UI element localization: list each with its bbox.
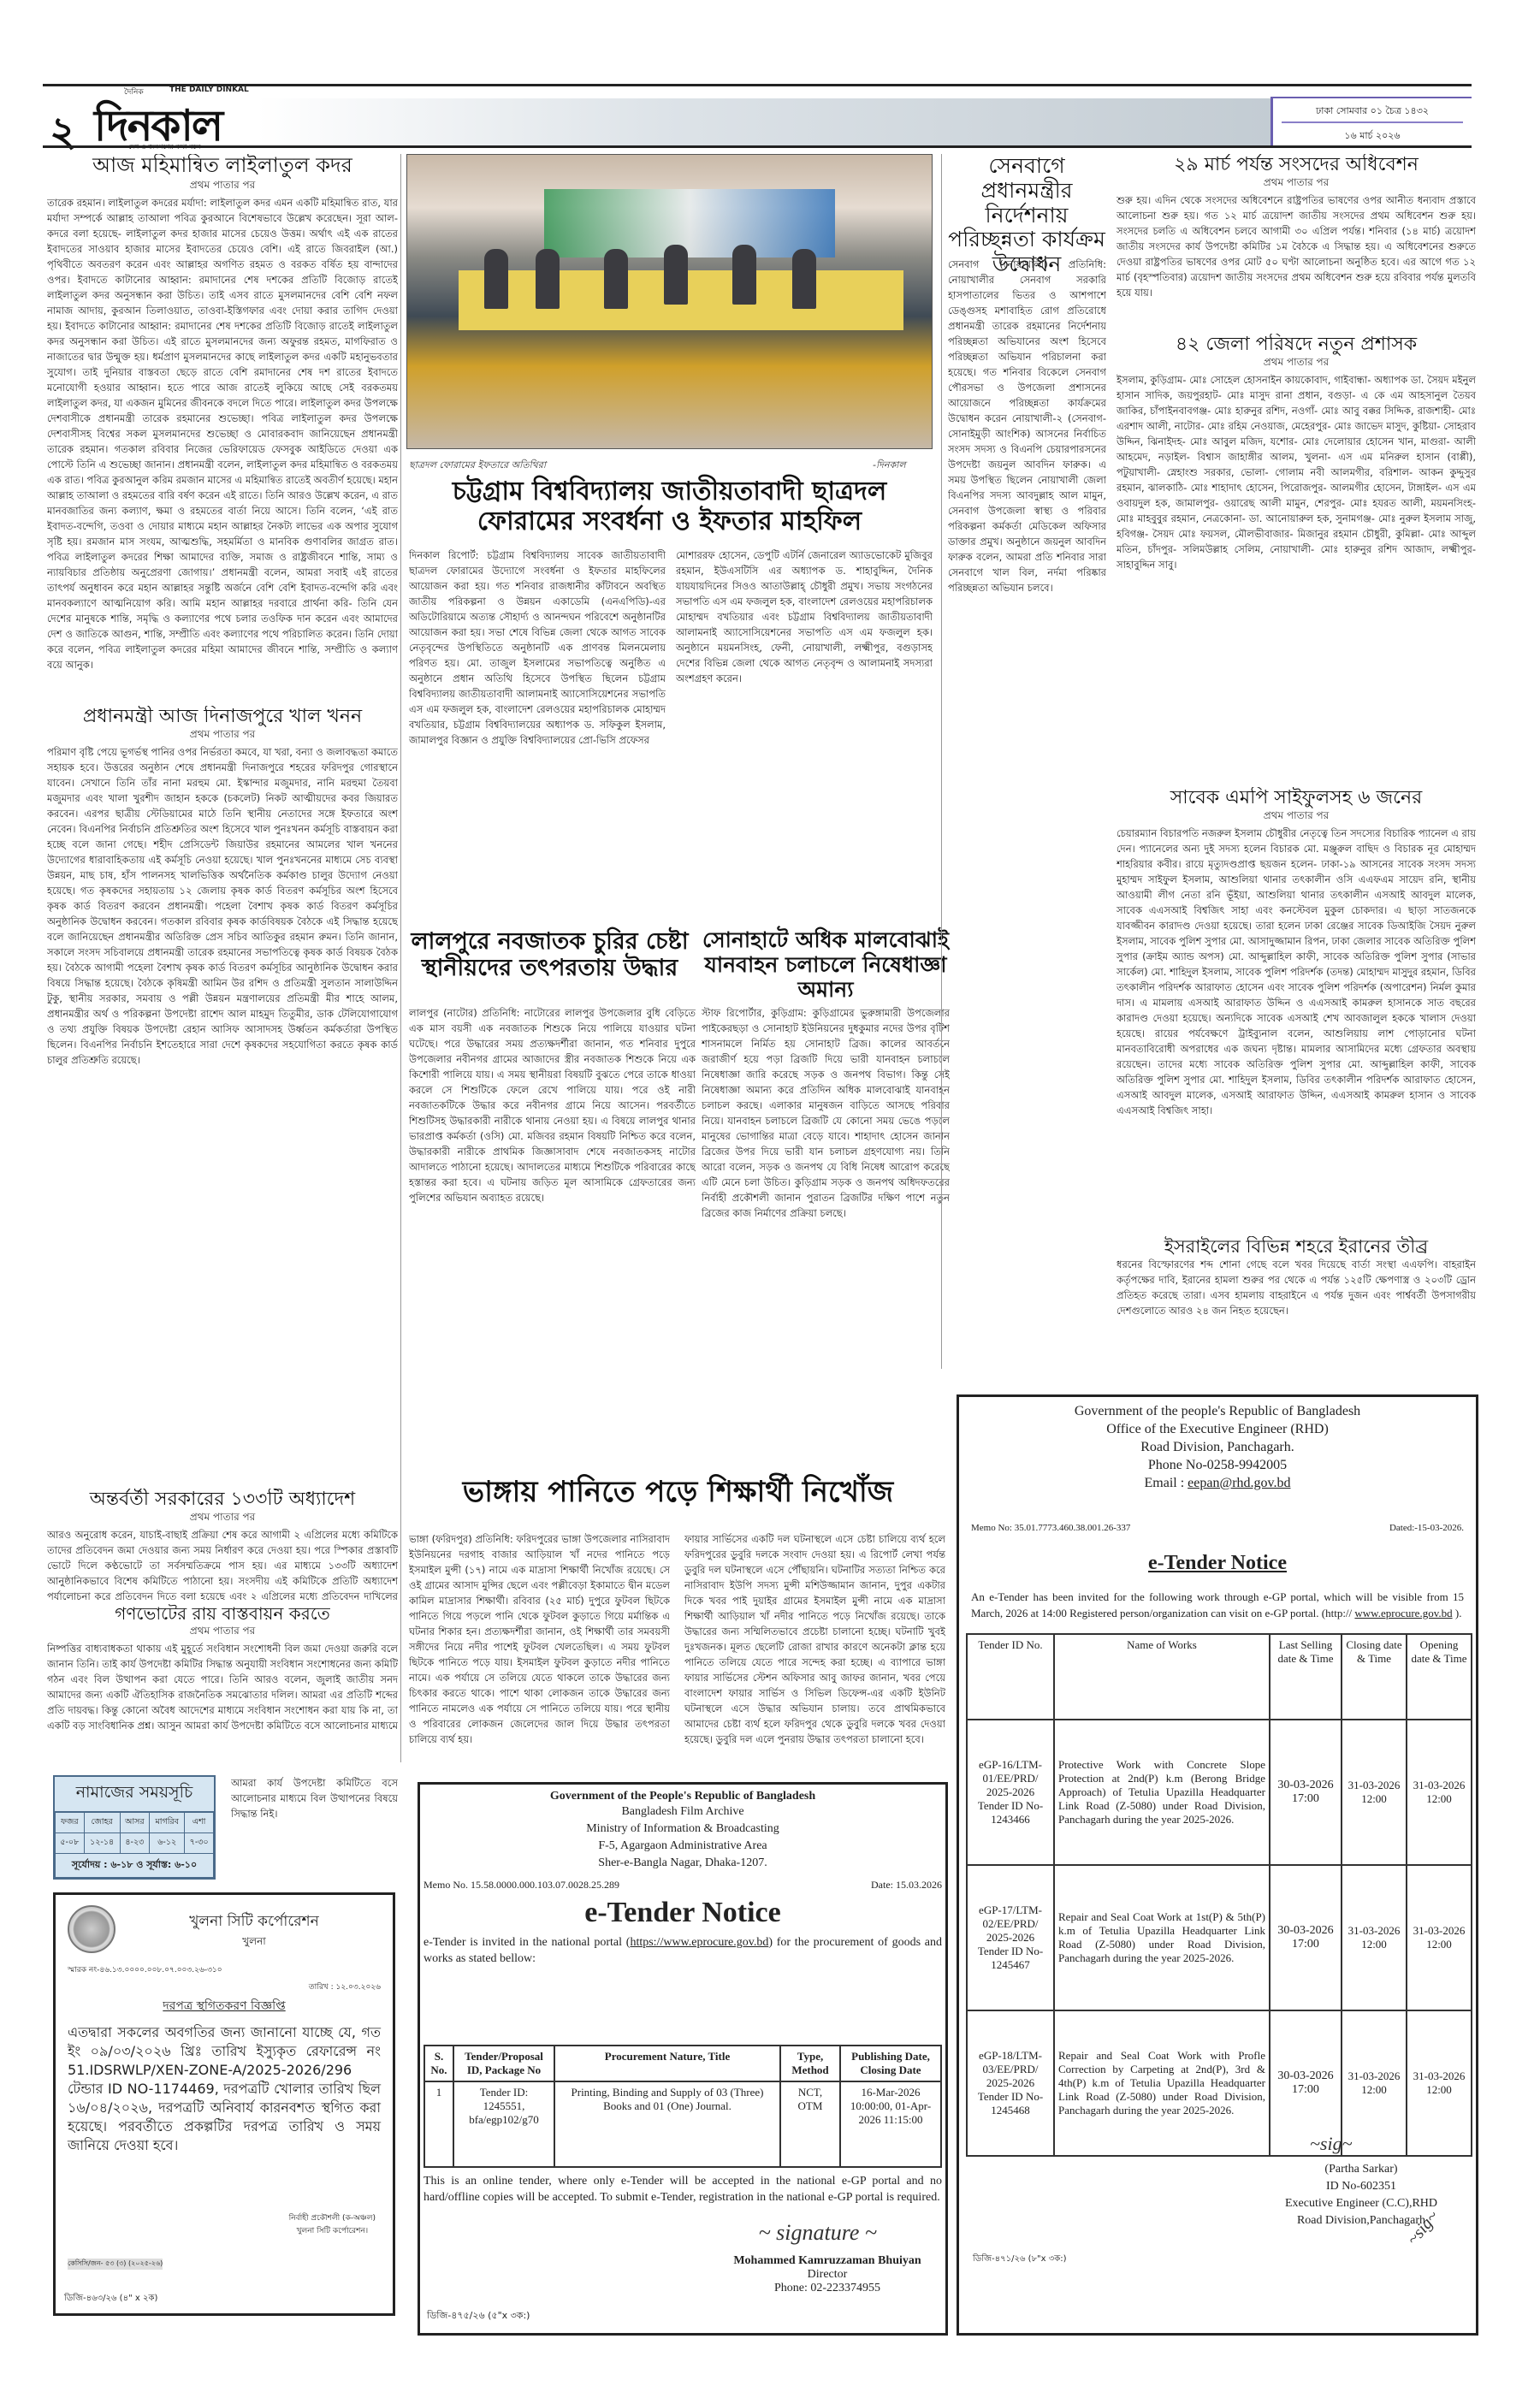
article-body: ধরনের বিস্ফোরণের শব্দ শোনা গেছে বলে খবর … [1116, 1257, 1476, 1355]
ad-dg-code: ডিজি-৪৭১/২৬ (৮"x ৩ক:) [973, 2253, 1067, 2267]
article-lalpur-body: লালপুর (নাটোর) প্রতিনিধি: নাটোরের লালপুর… [409, 1005, 696, 1454]
col-header: Publishing Date, Closing Date [840, 2046, 941, 2081]
eprocure-link[interactable]: https://www.eprocure.gov.bd [630, 1936, 768, 1949]
signer-designation: Director [716, 2268, 939, 2282]
continued-label: প্রথম পাতার পর [47, 178, 398, 195]
article-former-mp: সাবেক এমপি সাইফুলসহ ৬ জনের প্রথম পাতার প… [1116, 787, 1476, 1232]
article-body: চেয়ারম্যান বিচারপতি নজরুল ইসলাম চৌধুরীর… [1116, 826, 1476, 1228]
tender-table: S. No. Tender/Proposal ID, Package No Pr… [423, 2045, 942, 2168]
cell: 1 [424, 2081, 453, 2167]
table-row: 1 Tender ID: 1245551, bfa/egp102/g70 Pri… [424, 2081, 941, 2167]
article-former-mp-cont [948, 1018, 1106, 1360]
masthead-band [257, 98, 1270, 146]
col-header: Last Selling date & Time [1270, 1634, 1342, 1720]
ad-intro: e-Tender is invited in the national port… [420, 1934, 945, 1967]
article-body: নিষ্পত্তির বাধ্যবাধকতা থাকায় এই মুহূর্ত… [47, 1641, 398, 1732]
article-sonahat-body: স্টাফ রিপোর্টার, কুড়িগ্রাম: কুড়িগ্রামে… [702, 1005, 950, 1454]
col-header: Procurement Nature, Title [554, 2046, 780, 2081]
prayer-times-box: নামাজের সময়সূচি ফজর জোহর আসর মাগরিব এশা… [53, 1775, 216, 1880]
masthead-english-name: THE DAILY DINKAL [169, 86, 249, 94]
article-iftar-body-left: দিনকাল রিপোর্ট: চট্টগ্রাম বিশ্ববিদ্যালয়… [409, 548, 666, 915]
signer-phone: Phone: 02-223374955 [716, 2282, 939, 2295]
continued-label: প্রথম পাতার পর [1116, 808, 1476, 826]
ad-body: এতদ্বারা সকলের অবগতির জন্য জানানো যাচ্ছে… [68, 2023, 381, 2155]
selling-date: 30-03-2026 17:00 [1270, 1865, 1342, 2010]
masthead-bottom-rule [43, 145, 1472, 148]
prayer-name: এশা [185, 1813, 214, 1833]
col-header: S. No. [424, 2046, 453, 2081]
article-referendum-cont: আমরা কার্য উপদেষ্টা কমিটিতে বসে আলোচনার … [231, 1775, 398, 1878]
article-district-council: ৪২ জেলা পরিষদে নতুন প্রশাসক প্রথম পাতার … [1116, 334, 1476, 787]
article-body: ইসলাম, কুড়িগ্রাম- মোঃ সোহেল হোসনাইন কায… [1116, 372, 1476, 783]
prayer-time: ৫-০৮ [56, 1833, 85, 1854]
photo-person [664, 245, 688, 305]
ad-memo: Memo No: 35.01.7773.460.38.001.26-337 [971, 1523, 1130, 1533]
selling-date: 30-03-2026 17:00 [1270, 1720, 1342, 1865]
col-header: Opening date & Time [1407, 1634, 1472, 1720]
ad-title: e-Tender Notice [420, 1897, 945, 1929]
ad-address-line: Ministry of Information & Broadcasting [420, 1821, 945, 1838]
ad-note: This is an online tender, where only e-T… [420, 2168, 945, 2211]
column-divider [941, 154, 942, 1369]
cell: Printing, Binding and Supply of 03 (Thre… [554, 2081, 780, 2167]
col-header: Name of Works [1054, 1634, 1270, 1720]
photo-caption: ছাত্রদল ফোরামের ইফতারে অতিথিরা [409, 458, 546, 474]
cell: Tender ID: 1245551, bfa/egp102/g70 [453, 2081, 554, 2167]
eprocure-link[interactable]: www.eprocure.gov.bd [1354, 1607, 1452, 1619]
col-header: Tender ID No. [967, 1634, 1054, 1720]
photo-person [536, 249, 560, 309]
tender-id: eGP-17/LTM-02/EE/PRD/ 2025-2026 Tender I… [967, 1865, 1054, 2010]
ad-film-archive: Government of the People's Republic of B… [418, 1782, 948, 2049]
intro-text: e-Tender is invited in the national port… [423, 1936, 630, 1949]
col-header: Tender/Proposal ID, Package No [453, 2046, 554, 2081]
article-referendum: গণভোটের রায় বাস্তবায়ন করতে প্রথম পাতার… [47, 1604, 398, 1732]
col-header: Type, Method [780, 2046, 840, 2081]
article-bhanga-body-right: ফায়ার সার্ভিসের একটি দল ঘটনাস্থলে এসে চ… [684, 1531, 945, 1779]
article-parliament: ২৯ মার্চ পর্যন্ত সংসদের অধিবেশন প্রথম পা… [1116, 154, 1476, 334]
ad-signer-block: Mohammed Kamruzzaman Bhuiyan Director Ph… [716, 2254, 939, 2295]
ad-intro: An e-Tender has been invited for the fol… [959, 1589, 1476, 1621]
headline-bhanga: ভাঙ্গায় পানিতে পড়ে শিক্ষার্থী নিখোঁজ [402, 1476, 954, 1509]
continued-label: প্রথম পাতার পর [1116, 175, 1476, 192]
ad-date: Dated:-15-03-2026. [1389, 1523, 1464, 1533]
ad-memo: Memo No. 15.58.0000.000.103.07.0028.25.2… [423, 1879, 619, 1892]
ad-org: খুলনা সিটি কর্পোরেশন [124, 1910, 384, 1934]
prayer-time: ৭-৩০ [185, 1833, 214, 1854]
continued-label: প্রথম পাতার পর [47, 1510, 398, 1527]
ad-office: Office of the Executive Engineer (RHD) [959, 1420, 1476, 1438]
kcc-seal-icon [68, 1905, 115, 1953]
tender-id: eGP-16/LTM-01/EE/PRD/ 2025-2026 Tender I… [967, 1720, 1054, 1865]
work-name: Protective Work with Concrete Slope Prot… [1054, 1720, 1270, 1865]
headline: ৪২ জেলা পরিষদে নতুন প্রশাসক [1116, 334, 1476, 355]
prayer-name: ফজর [56, 1813, 85, 1833]
continued-label: প্রথম পাতার পর [47, 1624, 398, 1641]
headline: ইসরাইলের বিভিন্ন শহরে ইরানের তীব্র [1116, 1236, 1476, 1257]
photo-person [484, 249, 508, 309]
ad-address-line: Bangladesh Film Archive [420, 1803, 945, 1821]
ad-title: e-Tender Notice [959, 1552, 1476, 1575]
continued-label: প্রথম পাতার পর [1116, 355, 1476, 372]
opening-date: 31-03-2026 12:00 [1407, 1720, 1472, 1865]
headline-sonahat: সোনাহাটে অধিক মালবোঝাই যানবাহন চলাচলে নি… [697, 928, 954, 1002]
prayer-name: আসর [120, 1813, 150, 1833]
ad-dg-code: ডিজি-৪৬৩/২৬ (৪" x ২ক) [64, 2292, 157, 2306]
ad-film-archive-lower: S. No. Tender/Proposal ID, Package No Pr… [418, 2045, 948, 2336]
headline: প্রধানমন্ত্রী আজ দিনাজপুরে খাল খনন [47, 706, 398, 727]
prayer-time: ১২-১৪ [84, 1833, 120, 1854]
ad-address-line: F-5, Agargaon Administrative Area [420, 1838, 945, 1855]
sunrise-sunset: সূর্যোদয় : ৬-১৮ ও সূর্যাস্ত: ৬-১০ [56, 1854, 214, 1878]
ad-phone: Phone No-0258-9942005 [959, 1456, 1476, 1474]
ad-ref: কেসিসি/জন- ৫৩ (৩) (২০২৫-২৬) [68, 2259, 163, 2270]
article-body: পরিমাণ বৃষ্টি পেয়ে ভূগর্ভস্থ পানির ওপর … [47, 744, 398, 1279]
ad-memo: স্মারক নং-৪৬.১৩.০০০০.০০৮.০৭.০০৩.২৬-৩১০ [68, 1963, 222, 1976]
cell: 16-Mar-2026 10:00:00, 01-Apr-2026 11:15:… [840, 2081, 941, 2167]
article-israel-iran: ইসরাইলের বিভিন্ন শহরে ইরানের তীব্র ধরনের… [1116, 1236, 1476, 1365]
col-header: Closing date & Time [1342, 1634, 1407, 1720]
article-dinajpur-canal: প্রধানমন্ত্রী আজ দিনাজপুরে খাল খনন প্রথম… [47, 706, 398, 1279]
signer-name: Mohammed Kamruzzaman Bhuiyan [716, 2254, 939, 2268]
article-bhanga-body-left: ভাঙ্গা (ফরিদপুর) প্রতিনিধি: ফরিদপুরের ভা… [409, 1531, 670, 1779]
prayer-time: ৪-২৩ [120, 1833, 150, 1854]
signer-title: নির্বাহী প্রকৌশলী (ক-অঞ্চল) [289, 2211, 376, 2224]
headline: ২৯ মার্চ পর্যন্ত সংসদের অধিবেশন [1116, 154, 1476, 175]
ad-date: তারিখ : ১২.০৩.২০২৬ [309, 1981, 381, 1993]
signer-name: (Partha Sarkar) [1276, 2161, 1447, 2178]
photo-banner [544, 189, 835, 258]
photo-person [792, 249, 816, 309]
article-iftar-body-right: মোশাররফ হোসেন, ডেপুটি এটর্নি জেনারেল অ্য… [676, 548, 933, 915]
ad-khulna-city-corporation: খুলনা সিটি কর্পোরেশন খুলনা স্মারক নং-৪৬.… [53, 1892, 395, 2316]
date-gregorian: ১৬ মার্চ ২০২৬ [1273, 123, 1472, 148]
email-label: Email : [1145, 1476, 1188, 1490]
photo-credit: -দিনকাল [873, 458, 906, 474]
article-body: শুরু হয়। এদিন থেকে সংসদের অধিবেশনে রাষ্… [1116, 192, 1476, 329]
opening-date: 31-03-2026 12:00 [1407, 2010, 1472, 2156]
masthead: ২ দৈনিক THE DAILY DINKAL দিনকাল দেশ ও জন… [43, 86, 1472, 154]
ad-city: খুলনা [124, 1934, 384, 1951]
prayer-time: ৬-১২ [150, 1833, 185, 1854]
table-row: eGP-18/LTM-03/EE/PRD/ 2025-2026 Tender I… [967, 2010, 1472, 2156]
signer-designation: Executive Engineer (C.C),RHD [1276, 2195, 1447, 2212]
ad-gov: Government of the People's Republic of B… [420, 1790, 945, 1803]
prayer-name: জোহর [84, 1813, 120, 1833]
photo-person [732, 245, 756, 305]
headline-lalpur: লালপুরে নবজাতক চুরির চেষ্টা স্থানীয়দের … [402, 928, 697, 981]
article-lailatul-qadr: আজ মহিমান্বিত লাইলাতুল কদর প্রথম পাতার প… [47, 154, 398, 702]
tender-table: Tender ID No. Name of Works Last Selling… [966, 1633, 1472, 2157]
article-senbag-body: সেনবাগ (নোয়াখালী) প্রতিনিধি: নোয়াখালীর… [948, 257, 1106, 1009]
ad-division: Road Division, Panchagarh. [959, 1438, 1476, 1456]
headline: গণভোটের রায় বাস্তবায়ন করতে [47, 1604, 398, 1624]
article-ordinance: অন্তর্বর্তী সরকারের ১৩৩টি অধ্যাদেশ প্রথম… [47, 1489, 398, 1600]
table-row: eGP-17/LTM-02/EE/PRD/ 2025-2026 Tender I… [967, 1865, 1472, 2010]
work-name: Repair and Seal Coat Work with Profle Co… [1054, 2010, 1270, 2156]
email-link[interactable]: eepan@rhd.gov.bd [1188, 1476, 1290, 1490]
headline: আজ মহিমান্বিত লাইলাতুল কদর [47, 154, 398, 178]
table-row: eGP-16/LTM-01/EE/PRD/ 2025-2026 Tender I… [967, 1720, 1472, 1865]
headline: অন্তর্বর্তী সরকারের ১৩৩টি অধ্যাদেশ [47, 1489, 398, 1510]
tender-id: eGP-18/LTM-03/EE/PRD/ 2025-2026 Tender I… [967, 2010, 1054, 2156]
ad-date: Date: 15.03.2026 [871, 1879, 942, 1892]
continued-label: প্রথম পাতার পর [47, 727, 398, 744]
date-bangla: ঢাকা সোমবার ০১ চৈত্র ১৪৩২ [1282, 98, 1463, 123]
prayer-title: নামাজের সময়সূচি [55, 1777, 214, 1812]
headline-iftar: চট্টগ্রাম বিশ্ববিদ্যালয় জাতীয়তাবাদী ছা… [402, 477, 937, 536]
intro-text: ). [1453, 1607, 1462, 1619]
signer-id: ID No-602351 [1276, 2178, 1447, 2195]
column-divider [400, 154, 401, 1762]
signer-org: খুলনা সিটি কর্পোরেশন। [289, 2224, 376, 2237]
signature-icon: ~sig~ [1310, 2133, 1352, 2155]
signature-icon: ~ signature ~ [759, 2220, 877, 2246]
headline: সাবেক এমপি সাইফুলসহ ৬ জনের [1116, 787, 1476, 808]
opening-date: 31-03-2026 12:00 [1407, 1865, 1472, 2010]
article-body-continued: আমরা কার্য উপদেষ্টা কমিটিতে বসে আলোচনার … [231, 1775, 398, 1821]
ad-gov: Government of the people's Republic of B… [959, 1402, 1476, 1420]
article-body: আরও অনুরোধ করেন, যাচাই-বাছাই প্রক্রিয়া … [47, 1527, 398, 1600]
article-body: তারেক রহমান। লাইলাতুল কদরের মর্যাদা: লাই… [47, 195, 398, 700]
closing-date: 31-03-2026 12:00 [1342, 1720, 1407, 1865]
date-box: ঢাকা সোমবার ০১ চৈত্র ১৪৩২ ১৬ মার্চ ২০২৬ [1270, 97, 1472, 148]
work-name: Repair and Seal Coat Work at 1st(P) & 5t… [1054, 1865, 1270, 2010]
ad-dg-code: ডিজি-৪৭৫/২৬ (৫"x ৩ক:) [427, 2308, 530, 2324]
ad-rhd-panchagarh: Government of the people's Republic of B… [957, 1394, 1478, 2336]
ad-address-line: Sher-e-Bangla Nagar, Dhaka-1207. [420, 1855, 945, 1872]
ad-title: দরপত্র স্থগিতকরণ বিজ্ঞপ্তি [56, 1996, 393, 2016]
prayer-name: মাগরিব [150, 1813, 185, 1833]
cell: NCT, OTM [780, 2081, 840, 2167]
photo-person [604, 249, 628, 309]
ad-email-line: Email : eepan@rhd.gov.bd [959, 1474, 1476, 1492]
ad-signer: নির্বাহী প্রকৌশলী (ক-অঞ্চল) খুলনা সিটি ক… [289, 2211, 376, 2237]
closing-date: 31-03-2026 12:00 [1342, 1865, 1407, 2010]
news-photo-iftar [406, 154, 933, 449]
